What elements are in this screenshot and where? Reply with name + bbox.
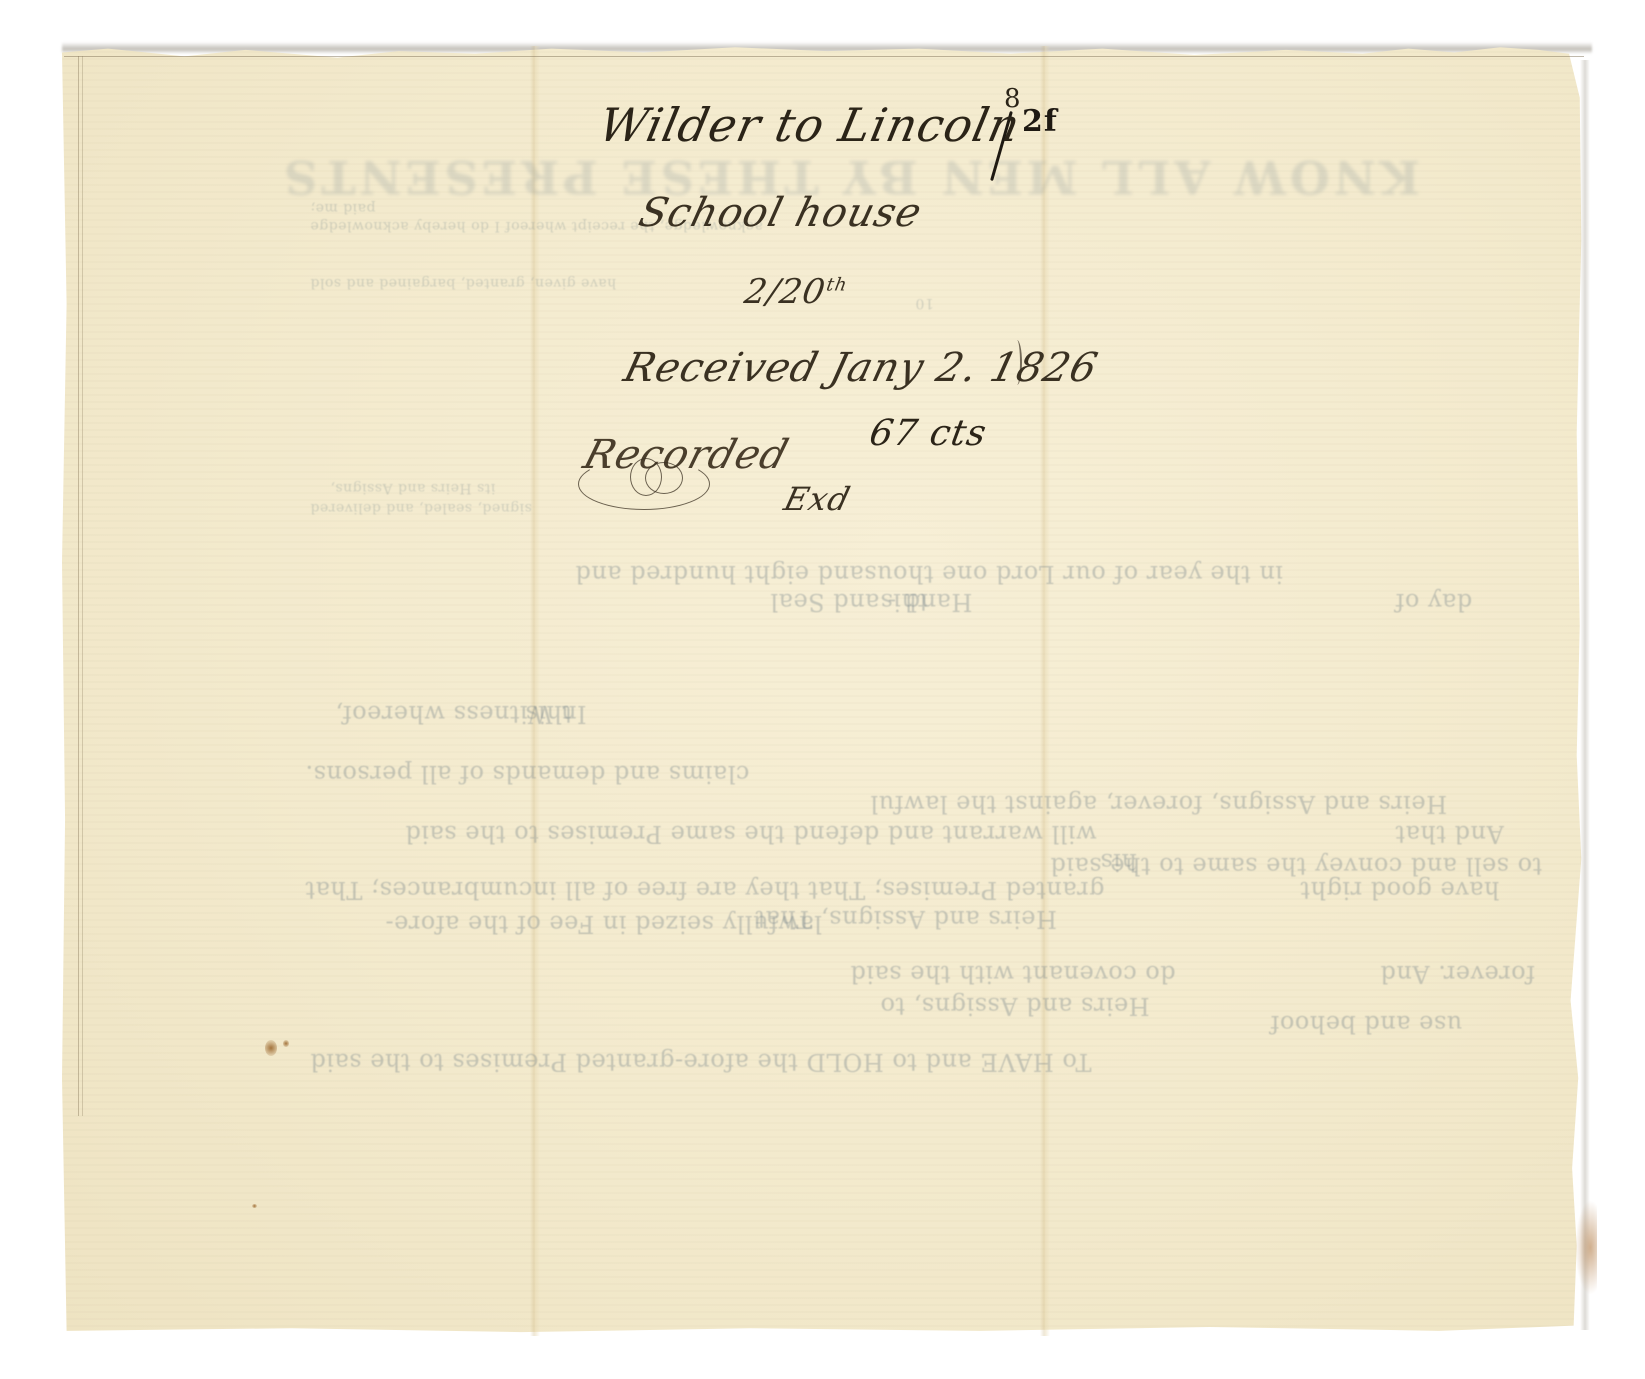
- bleed-line: granted Premises; That they are free of …: [305, 876, 1105, 904]
- bleed-line: To HAVE and to HOLD the afore-granted Pr…: [310, 1048, 1092, 1076]
- recording-fee: 67 cts: [866, 413, 990, 454]
- ink-stain: [252, 1204, 257, 1208]
- bleed-line: have good right: [1300, 876, 1500, 904]
- bleed-line: have given, granted, bargained and sold: [310, 275, 616, 291]
- bleed-line: day of: [1395, 588, 1472, 616]
- share-denominator: 20: [777, 272, 829, 312]
- bleed-line: 10: [915, 295, 934, 311]
- document-sheet: [62, 46, 1592, 1336]
- bleed-line: And that: [1395, 820, 1504, 848]
- folded-left-margin: [78, 56, 83, 1116]
- bleed-line: Heirs and Assigns, to: [880, 992, 1150, 1020]
- bleed-line: Heirs and Assigns, forever, against the …: [870, 790, 1447, 818]
- bleed-line: do covenant with the said: [850, 960, 1176, 988]
- flourish-loop: [645, 462, 683, 494]
- bleed-line: use and behoof: [1270, 1010, 1462, 1038]
- fold-line-right: [1040, 46, 1050, 1336]
- docket-subject: School house: [634, 190, 927, 236]
- bleed-line: in the year of our Lord one thousand eig…: [575, 560, 1283, 588]
- docket-share: 2/20th: [741, 272, 849, 312]
- bleed-line: claims and demands of all persons.: [305, 760, 749, 788]
- share-suffix: th: [825, 275, 850, 296]
- closing-bracket: [1012, 340, 1022, 385]
- bleed-line: forever. And: [1380, 960, 1535, 988]
- bleed-line: Heirs and Assigns, That: [755, 905, 1057, 933]
- ink-stain: [265, 1040, 277, 1056]
- bleed-line: Hand - and Seal: [770, 588, 972, 616]
- examined-note: Exd: [780, 480, 854, 518]
- struck-through-mark: 2f: [1022, 104, 1058, 139]
- docket-title: Wilder to Lincoln: [594, 98, 1025, 152]
- edge-stain: [1575, 1200, 1597, 1295]
- ink-stain: [283, 1040, 289, 1047]
- paper-right-edge-shadow: [1580, 60, 1590, 1330]
- bleed-line: its Heirs and Assigns,: [330, 480, 495, 496]
- received-date: Received Jany 2. 1826: [619, 345, 1102, 391]
- top-torn-edge: [64, 56, 1584, 57]
- fold-line-left: [530, 46, 540, 1336]
- bleed-line: will warrant and defend the same Premise…: [405, 820, 1097, 848]
- bleed-line: this: [525, 700, 572, 728]
- bleed-line: signed, sealed, and delivered: [310, 500, 532, 516]
- bleed-line: paid me;: [310, 200, 375, 216]
